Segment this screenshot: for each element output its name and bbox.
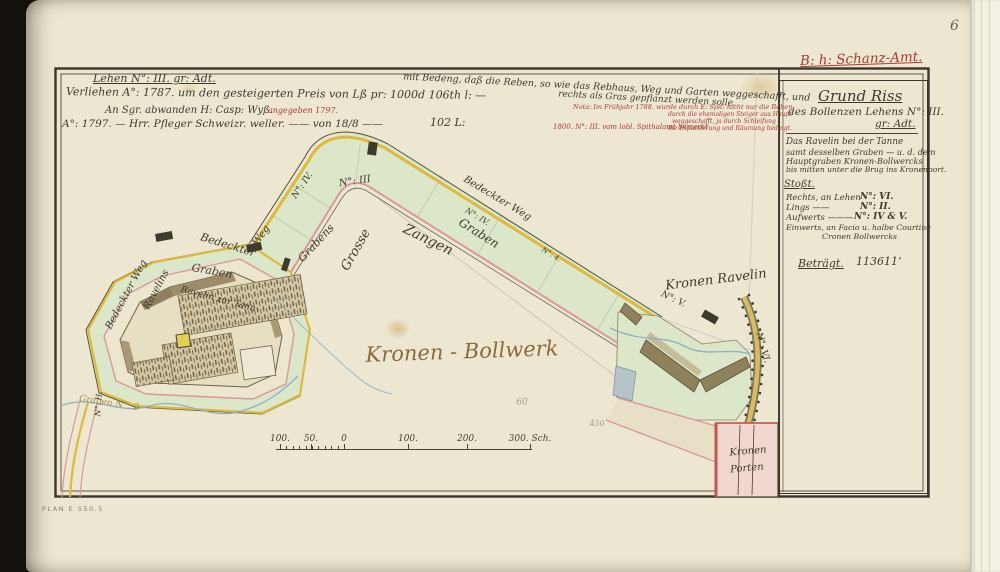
- pencil-note-450-label: 450: [589, 420, 604, 428]
- plan-desc-1: Das Ravelin bei der Tanne: [786, 137, 903, 147]
- header-line2-red: angegeben 1797.: [268, 107, 338, 116]
- scale-bar-part: [467, 444, 468, 449]
- panel-rule: [786, 133, 918, 134]
- bound-3-label: Aufwerts ———: [786, 213, 853, 223]
- bound-1-value: N°: VI.: [860, 192, 894, 202]
- bound-1-label: Rechts, an Lehen: [786, 193, 861, 203]
- bound-5-label: Cronen Bollwercks: [822, 232, 897, 241]
- scale-bar-part: [311, 444, 312, 449]
- scale-bar-part: [312, 446, 313, 449]
- scale-bar-part: [299, 446, 300, 449]
- kronen-porten-gate: [716, 423, 778, 497]
- betraegt-value: 113611’: [856, 255, 902, 268]
- courtyard-block: [240, 346, 276, 380]
- scale-bar-part: [344, 444, 345, 449]
- header-line3: A°: 1797. — Hrr. Pfleger Schweizr. welle…: [62, 119, 383, 131]
- scale-bar-part: [280, 444, 281, 449]
- bound-2-label: Lings ——: [786, 203, 829, 213]
- scale-tick-label: 100.: [398, 434, 418, 444]
- nota-line4: die Explanierung und Räumung bedingt.: [668, 126, 792, 133]
- bound-2-value: N°: II.: [860, 202, 891, 212]
- scale-bar-part: [286, 446, 287, 449]
- plan-desc-4: bis mitten unter die Brug ins Kronenport…: [786, 165, 946, 174]
- stosst-label: Stoßt.: [784, 179, 815, 190]
- gate-mark: [155, 231, 173, 242]
- lehen-title: Lehen N°: III. gr: Adt.: [93, 73, 216, 85]
- water-basin: [613, 366, 636, 401]
- plan-subtitle2: gr: Adt.: [875, 118, 915, 130]
- header-line3-amount: 102 L:: [430, 117, 466, 129]
- plan-title: Grund Riss: [818, 87, 902, 105]
- scale-tick-label: 200.: [457, 434, 477, 444]
- scale-tick-label: 300. Sch.: [509, 434, 552, 444]
- scale-bar-part: [306, 446, 307, 449]
- scanned-plan-page: Lehen N°: III. gr: Adt. Verliehen A°: 17…: [0, 0, 1000, 572]
- scale-bar-part: [293, 446, 294, 449]
- scale-bar-part: [408, 444, 409, 449]
- plan-subtitle: des Bollenzen Lehens N°: III.: [788, 106, 944, 118]
- betraegt-label: Beträgt.: [798, 257, 844, 270]
- bound-4-label: Einwerts, an Facio u. halbe Courtine: [786, 223, 931, 232]
- scale-tick-label: 50.: [304, 434, 318, 444]
- page-number: 6: [950, 18, 959, 34]
- shelfmark-caption: PLAN E 550.5: [42, 505, 104, 513]
- yellow-building: [176, 333, 191, 348]
- pencil-note-60-label: 60: [516, 399, 527, 408]
- gate-mark: [701, 310, 719, 325]
- title-cartouche-panel: Grund Riss des Bollenzen Lehens N°: III.…: [779, 80, 928, 494]
- scale-bar-part: [338, 446, 339, 449]
- bound-3-value: N°: IV & V.: [854, 212, 907, 222]
- scale-bar-part: [530, 444, 531, 449]
- scale-bar-part: [325, 446, 326, 449]
- scale-bar-part: [331, 446, 332, 449]
- bend-gate-mark: [367, 142, 378, 156]
- scale-bar-part: [318, 446, 319, 449]
- scale-bar-part: [276, 449, 532, 450]
- scale-tick-label: 100.: [270, 434, 290, 444]
- header-line2: An Sgr. abwanden H: Casp: Wyß.: [105, 105, 273, 116]
- left-roads: [62, 400, 97, 497]
- scale-tick-label: 0: [341, 434, 347, 444]
